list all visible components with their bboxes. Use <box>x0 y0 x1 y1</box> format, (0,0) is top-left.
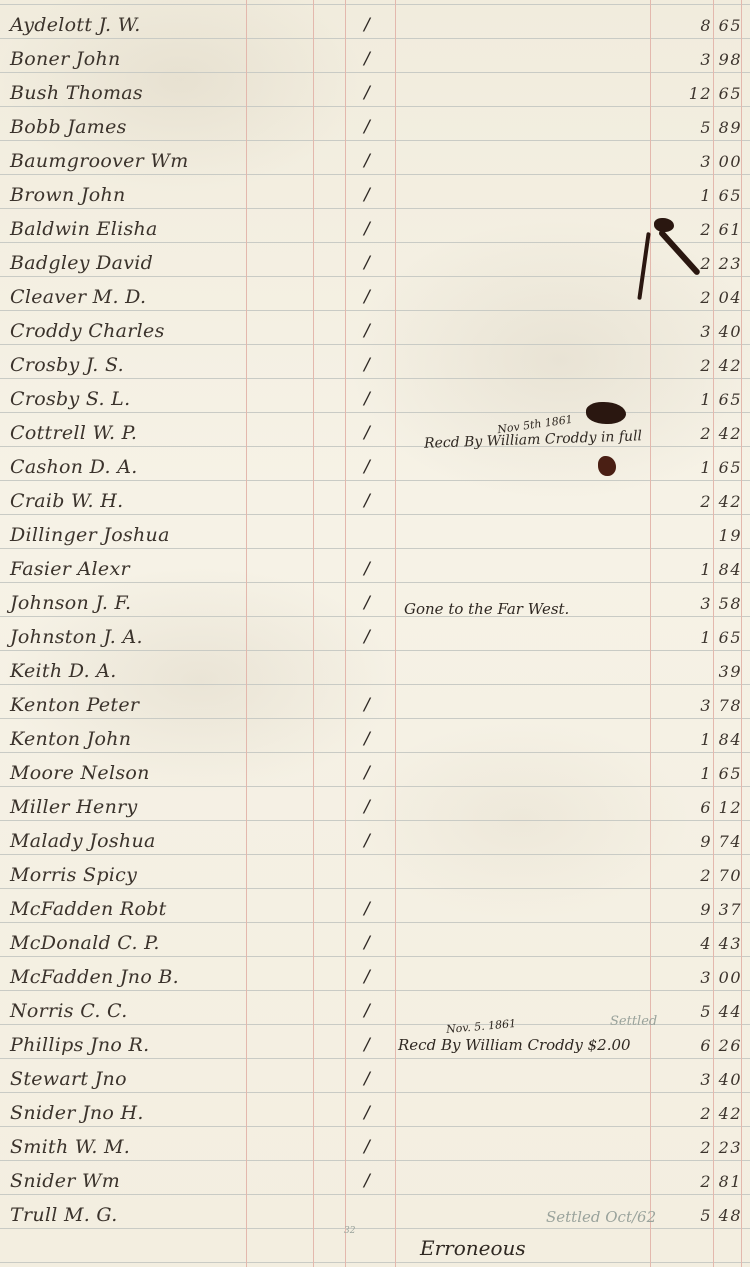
entry-name: Boner John <box>10 48 121 70</box>
ledger-row: Fasier Alexr/1 84 <box>0 552 750 586</box>
ledger-row: Boner John/3 98 <box>0 42 750 76</box>
entry-amount: 2 61 <box>700 220 742 239</box>
check-mark: / <box>364 117 370 137</box>
entry-name: McDonald C. P. <box>10 932 160 954</box>
check-mark: / <box>364 321 370 341</box>
check-mark: / <box>364 1001 370 1021</box>
entry-name: Cashon D. A. <box>10 456 138 478</box>
entry-amount: 6 12 <box>700 798 742 817</box>
entry-amount: 39 <box>719 662 742 681</box>
entry-amount: 2 04 <box>700 288 742 307</box>
check-mark: / <box>364 185 370 205</box>
ledger-row: Crosby J. S./2 42 <box>0 348 750 382</box>
norris-note: Recd By William Croddy $2.00 <box>398 1036 631 1054</box>
entry-name: Cottrell W. P. <box>10 422 137 444</box>
entry-name: Bush Thomas <box>10 82 143 104</box>
check-mark: / <box>364 423 370 443</box>
entry-amount: 2 42 <box>700 492 742 511</box>
check-mark: / <box>364 151 370 171</box>
entry-amount: 3 98 <box>700 50 742 69</box>
check-mark: / <box>364 695 370 715</box>
check-mark: / <box>364 797 370 817</box>
ledger-row: Johnson J. F./3 58 <box>0 586 750 620</box>
ledger-row: Aydelott J. W./8 65 <box>0 8 750 42</box>
entry-name: McFadden Jno B. <box>10 966 179 988</box>
entry-amount: 2 42 <box>700 356 742 375</box>
entry-name: Johnston J. A. <box>10 626 143 648</box>
check-mark: / <box>364 1103 370 1123</box>
ruled-line <box>0 1262 750 1263</box>
ledger-row: Craib W. H./2 42 <box>0 484 750 518</box>
entry-amount: 1 84 <box>700 730 742 749</box>
entry-amount: 2 70 <box>700 866 742 885</box>
ledger-row: Crosby S. L./1 65 <box>0 382 750 416</box>
entry-amount: 8 65 <box>700 16 742 35</box>
ledger-row: Snider Jno H./2 42 <box>0 1096 750 1130</box>
entry-amount: 2 23 <box>700 1138 742 1157</box>
entry-amount: 5 44 <box>700 1002 742 1021</box>
check-mark: / <box>364 355 370 375</box>
check-mark: / <box>364 83 370 103</box>
ledger-row: McFadden Jno B./3 00 <box>0 960 750 994</box>
check-mark: / <box>364 933 370 953</box>
check-mark: / <box>364 967 370 987</box>
ledger-row: Baumgroover Wm/3 00 <box>0 144 750 178</box>
ledger-row: Smith W. M./2 23 <box>0 1130 750 1164</box>
ledger-row: Phillips Jno R./6 26 <box>0 1028 750 1062</box>
entry-name: Kenton Peter <box>10 694 139 716</box>
entry-name: Malady Joshua <box>10 830 156 852</box>
ruled-line <box>0 4 750 5</box>
entry-name: Baldwin Elisha <box>10 218 158 240</box>
check-mark: / <box>364 1069 370 1089</box>
check-mark: / <box>364 899 370 919</box>
entry-amount: 5 89 <box>700 118 742 137</box>
entry-name: Aydelott J. W. <box>10 14 141 36</box>
entry-name: Badgley David <box>10 252 153 274</box>
ledger-row: Badgley David/2 23 <box>0 246 750 280</box>
check-mark: / <box>364 559 370 579</box>
check-mark: / <box>364 15 370 35</box>
check-mark: / <box>364 1171 370 1191</box>
entry-amount: 3 40 <box>700 1070 742 1089</box>
entry-amount: 1 65 <box>700 390 742 409</box>
entry-amount: 4 43 <box>700 934 742 953</box>
entry-name: Dillinger Joshua <box>10 524 170 546</box>
entry-amount: 1 65 <box>700 628 742 647</box>
check-mark: / <box>364 457 370 477</box>
check-mark: / <box>364 49 370 69</box>
ink-blot <box>654 218 674 232</box>
entry-name: Norris C. C. <box>10 1000 128 1022</box>
ledger-row: Malady Joshua/9 74 <box>0 824 750 858</box>
entry-name: Brown John <box>10 184 126 206</box>
entry-name: Bobb James <box>10 116 127 138</box>
entry-amount: 19 <box>719 526 742 545</box>
entry-amount: 5 48 <box>700 1206 742 1225</box>
entry-name: Crosby J. S. <box>10 354 124 376</box>
entry-name: Phillips Jno R. <box>10 1034 149 1056</box>
check-mark: / <box>364 219 370 239</box>
check-mark: / <box>364 729 370 749</box>
entry-amount: 2 81 <box>700 1172 742 1191</box>
ledger-row: Croddy Charles/3 40 <box>0 314 750 348</box>
snider-small-note: 32 <box>344 1226 355 1236</box>
entry-amount: 1 65 <box>700 764 742 783</box>
ledger-row: Dillinger Joshua19 <box>0 518 750 552</box>
ledger-row: McFadden Robt/9 37 <box>0 892 750 926</box>
entry-name: Crosby S. L. <box>10 388 130 410</box>
ledger-row: Miller Henry/6 12 <box>0 790 750 824</box>
entry-name: Kenton John <box>10 728 131 750</box>
ink-blot <box>586 402 626 424</box>
entry-name: Croddy Charles <box>10 320 165 342</box>
entry-amount: 3 58 <box>700 594 742 613</box>
entry-amount: 3 00 <box>700 152 742 171</box>
ledger-row: Cashon D. A./1 65 <box>0 450 750 484</box>
entry-name: Cleaver M. D. <box>10 286 146 308</box>
norris-pencil-note: Settled <box>610 1014 657 1029</box>
entry-name: Snider Jno H. <box>10 1102 144 1124</box>
check-mark: / <box>364 763 370 783</box>
entry-amount: 12 65 <box>689 84 742 103</box>
entry-name: Stewart Jno <box>10 1068 127 1090</box>
entry-name: Snider Wm <box>10 1170 120 1192</box>
entry-amount: 2 42 <box>700 1104 742 1123</box>
entry-amount: 3 40 <box>700 322 742 341</box>
entry-amount: 2 23 <box>700 254 742 273</box>
ledger-row: Stewart Jno/3 40 <box>0 1062 750 1096</box>
check-mark: / <box>364 287 370 307</box>
ledger-row: Kenton John/1 84 <box>0 722 750 756</box>
check-mark: / <box>364 593 370 613</box>
entry-amount: 2 42 <box>700 424 742 443</box>
ledger-row: Kenton Peter/3 78 <box>0 688 750 722</box>
entry-amount: 1 65 <box>700 458 742 477</box>
entry-name: Moore Nelson <box>10 762 150 784</box>
johnson-note: Gone to the Far West. <box>404 600 569 618</box>
check-mark: / <box>364 253 370 273</box>
entry-amount: 3 00 <box>700 968 742 987</box>
ledger-row: Baldwin Elisha/2 61 <box>0 212 750 246</box>
entry-amount: 1 65 <box>700 186 742 205</box>
ledger-row: Bush Thomas/12 65 <box>0 76 750 110</box>
check-mark: / <box>364 1137 370 1157</box>
ledger-row: Brown John/1 65 <box>0 178 750 212</box>
entry-amount: 9 74 <box>700 832 742 851</box>
ledger-row: McDonald C. P./4 43 <box>0 926 750 960</box>
entry-amount: 6 26 <box>700 1036 742 1055</box>
snider-pencil-note: Settled Oct/62 <box>546 1208 656 1226</box>
entry-name: Trull M. G. <box>10 1204 118 1226</box>
check-mark: / <box>364 831 370 851</box>
ink-blot <box>598 456 616 476</box>
check-mark: / <box>364 1035 370 1055</box>
entry-name: Morris Spicy <box>10 864 137 886</box>
entry-name: Baumgroover Wm <box>10 150 189 172</box>
ledger-row: Keith D. A.39 <box>0 654 750 688</box>
ledger-row: Moore Nelson/1 65 <box>0 756 750 790</box>
check-mark: / <box>364 389 370 409</box>
ledger-row: Johnston J. A./1 65 <box>0 620 750 654</box>
ledger-row: Morris Spicy2 70 <box>0 858 750 892</box>
entry-name: Smith W. M. <box>10 1136 130 1158</box>
entry-amount: 9 37 <box>700 900 742 919</box>
entry-amount: 3 78 <box>700 696 742 715</box>
check-mark: / <box>364 627 370 647</box>
entry-name: McFadden Robt <box>10 898 167 920</box>
entry-name: Fasier Alexr <box>10 558 130 580</box>
entry-amount: 1 84 <box>700 560 742 579</box>
entry-name: Craib W. H. <box>10 490 123 512</box>
ledger-row: Bobb James/5 89 <box>0 110 750 144</box>
ledger-row: Snider Wm/2 81 <box>0 1164 750 1198</box>
entry-name: Miller Henry <box>10 796 138 818</box>
entry-name: Johnson J. F. <box>10 592 131 614</box>
trull-note: Erroneous <box>420 1236 526 1260</box>
check-mark: / <box>364 491 370 511</box>
entry-name: Keith D. A. <box>10 660 117 682</box>
